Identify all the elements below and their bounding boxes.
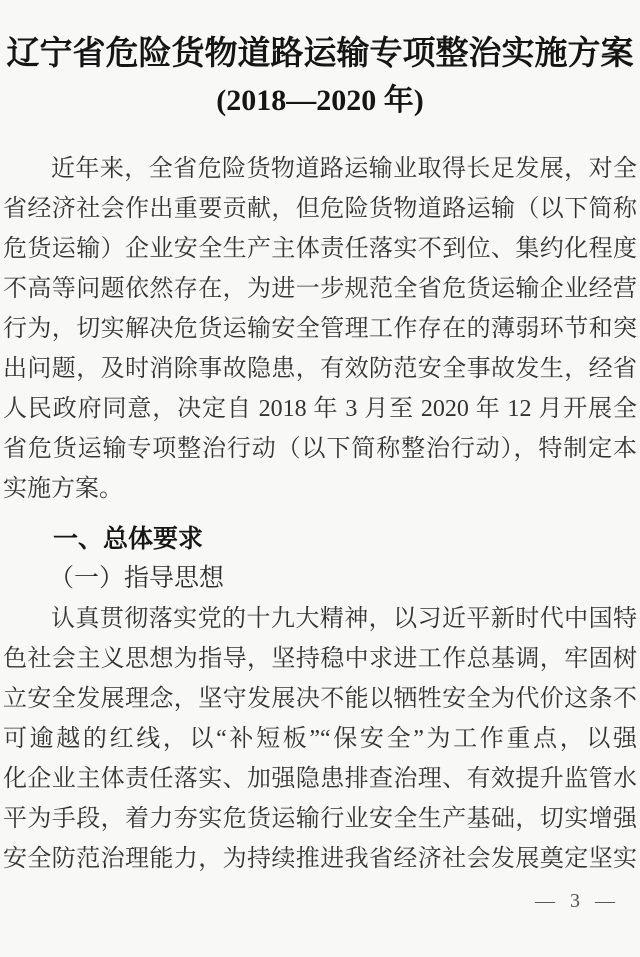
body-line: 可逾越的红线，以“补短板”“保安全”为工作重点，以强	[3, 719, 637, 759]
document-body: 近年来，全省危险货物道路运输业取得长足发展，对全 省经济社会作出重要贡献，但危险…	[3, 149, 637, 879]
body-line: 立安全发展理念，坚守发展决不能以牺牲安全为代价这条不	[3, 679, 637, 719]
body-line: 不高等问题依然存在，为进一步规范全省危货运输企业经营	[3, 269, 637, 309]
body-line: 近年来，全省危险货物道路运输业取得长足发展，对全	[3, 149, 637, 189]
body-line: 实施方案。	[3, 469, 637, 509]
section-heading: 一、总体要求	[3, 519, 637, 559]
body-line: 危货运输）企业安全生产主体责任落实不到位、集约化程度	[3, 229, 637, 269]
body-line: 安全防范治理能力，为持续推进我省经济社会发展奠定坚实	[3, 839, 637, 879]
section-subheading: （一）指导思想	[3, 559, 637, 599]
body-line: 人民政府同意，决定自 2018 年 3 月至 2020 年 12 月开展全	[3, 389, 637, 429]
document-title: 辽宁省危险货物道路运输专项整治实施方案	[0, 0, 640, 75]
document-subtitle: (2018—2020 年)	[0, 81, 640, 121]
body-line: 行为，切实解决危货运输安全管理工作存在的薄弱环节和突	[3, 309, 637, 349]
body-line: 认真贯彻落实党的十九大精神，以习近平新时代中国特	[3, 599, 637, 639]
body-line: 省经济社会作出重要贡献，但危险货物道路运输（以下简称	[3, 189, 637, 229]
document-page: 辽宁省危险货物道路运输专项整治实施方案 (2018—2020 年) 近年来，全省…	[0, 0, 640, 957]
paragraph-guiding-ideology: 认真贯彻落实党的十九大精神，以习近平新时代中国特 色社会主义思想为指导，坚持稳中…	[3, 599, 637, 879]
body-line: 省危货运输专项整治行动（以下简称整治行动），特制定本	[3, 429, 637, 469]
body-line: 平为手段，着力夯实危货运输行业安全生产基础，切实增强	[3, 799, 637, 839]
page-number: — 3 —	[535, 888, 620, 914]
paragraph-intro: 近年来，全省危险货物道路运输业取得长足发展，对全 省经济社会作出重要贡献，但危险…	[3, 149, 637, 509]
body-line: 色社会主义思想为指导，坚持稳中求进工作总基调，牢固树	[3, 639, 637, 679]
body-line: 化企业主体责任落实、加强隐患排查治理、有效提升监管水	[3, 759, 637, 799]
body-line: 出问题，及时消除事故隐患，有效防范安全事故发生，经省	[3, 349, 637, 389]
